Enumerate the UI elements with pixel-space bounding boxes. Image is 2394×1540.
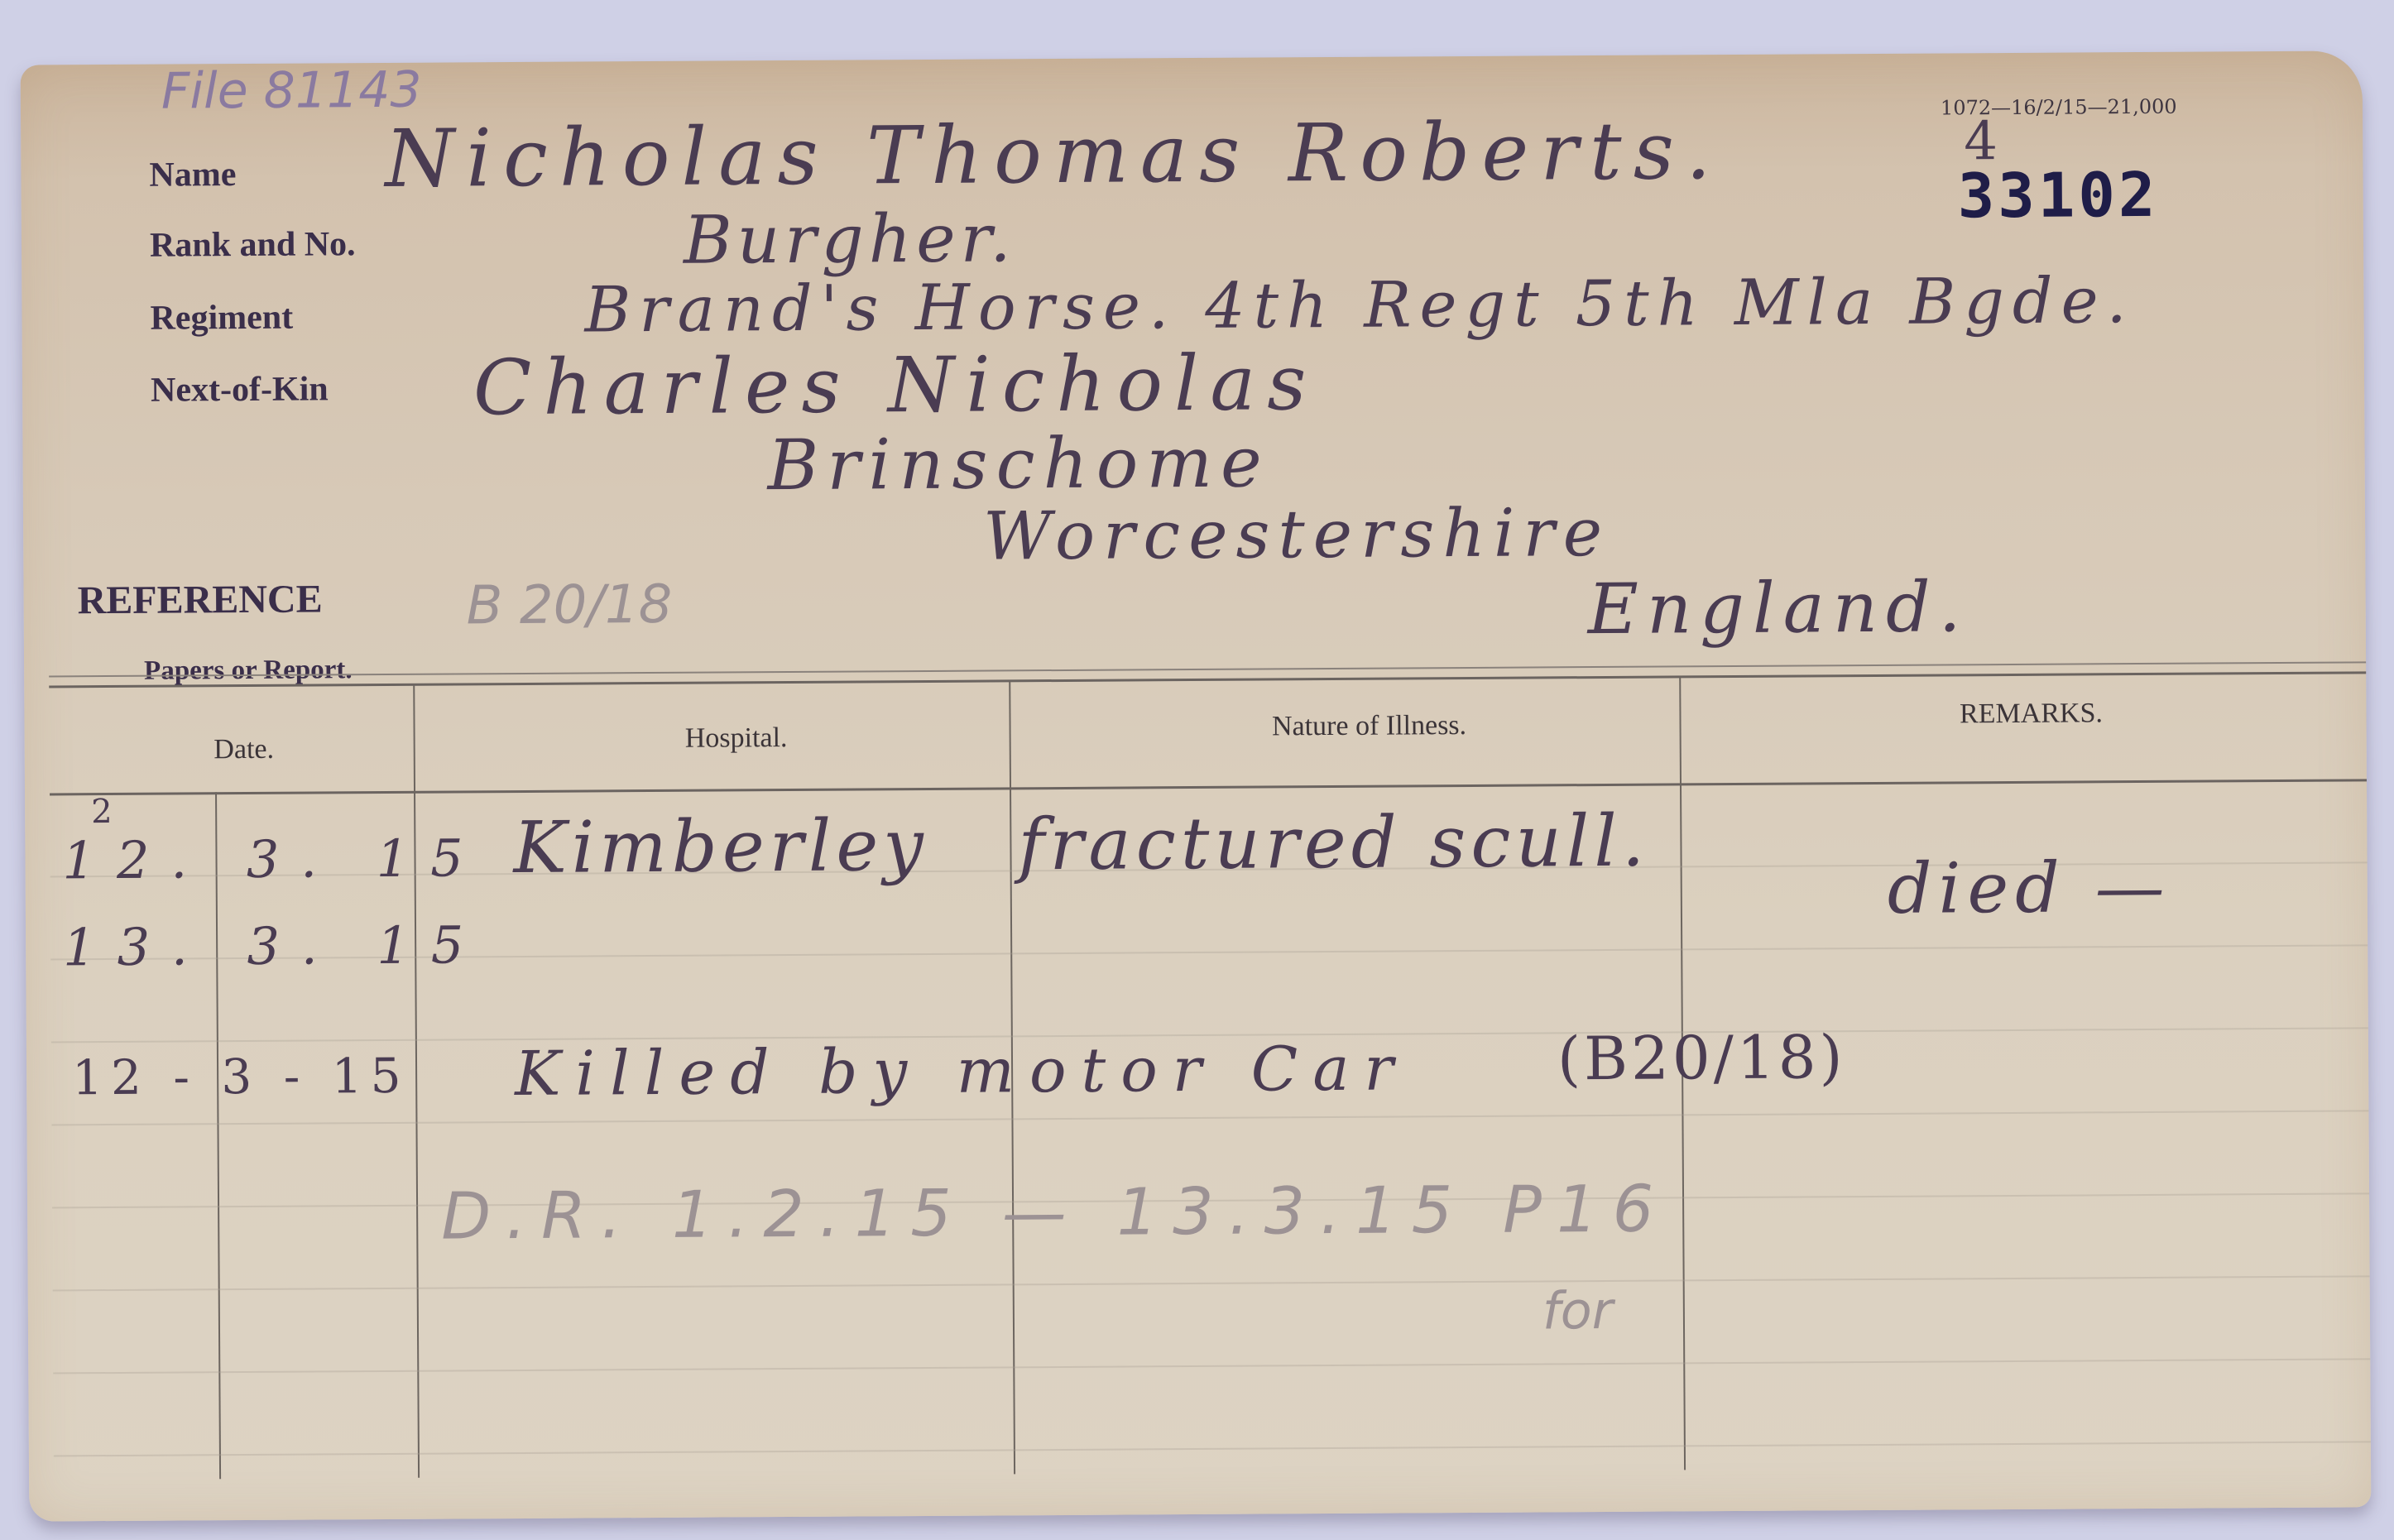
card-number-stamp: 33102 [1957,160,2158,232]
pencil-note: D.R. 1.2.15 — 13.3.15 P16 [441,1173,1669,1255]
column-divider-date-split [215,792,221,1479]
ruled-line [54,1441,2371,1456]
regiment-label: Regiment [150,298,293,338]
next-of-kin-line-3: Worcestershire [983,494,1610,575]
column-header-remarks: REMARKS. [1704,696,2358,732]
reference-value: B 20/18 [466,574,672,637]
column-header-divider [50,779,2367,795]
ruled-line [53,1358,2370,1374]
file-annotation: File 81143 [161,61,422,121]
name-value: Nicholas Thomas Roberts. [385,104,1723,205]
next-of-kin-line-2: Brinschome [767,421,1270,506]
pencil-note-suffix: for [1542,1280,1614,1341]
column-header-hospital: Hospital. [439,721,1034,756]
rank-label: Rank and No. [150,224,356,266]
regiment-value: Brand's Horse. 4th Regt 5th Mla Bgde. [584,263,2135,346]
next-of-kin-label: Next-of-Kin [151,369,329,410]
column-header-date: Date. [50,733,439,767]
row-1-date: 12. 3. 15 [62,828,485,890]
row-1-remarks: died — [1887,847,2171,929]
row-1-date-correction: 2 [91,793,113,831]
name-label: Name [149,155,236,195]
ruled-line [51,1110,2368,1125]
next-of-kin-line-4: England. [1587,566,1969,650]
row-3-remarks: (B20/18) [1557,1022,1846,1093]
row-1-illness: fractured scull. [1018,800,1649,887]
reference-sublabel: Papers or Report. [144,655,353,687]
row-2-date: 13. 3. 15 [63,914,486,977]
rank-value: Burgher. [684,199,1016,278]
row-3-entry: Killed by motor Car [515,1033,1408,1110]
column-header-illness: Nature of Illness. [1034,708,1704,744]
row-1-hospital: Kimberley [513,804,928,890]
column-divider-1 [413,685,420,1478]
next-of-kin-line-1: Charles Nicholas [473,338,1318,432]
reference-label: REFERENCE [77,576,322,623]
row-3-date: 12 - 3 - 15 [72,1048,410,1106]
ruled-line [53,1275,2370,1291]
record-card: File 81143 1072—16/2/15—21,000 4 33102 N… [21,50,2372,1521]
